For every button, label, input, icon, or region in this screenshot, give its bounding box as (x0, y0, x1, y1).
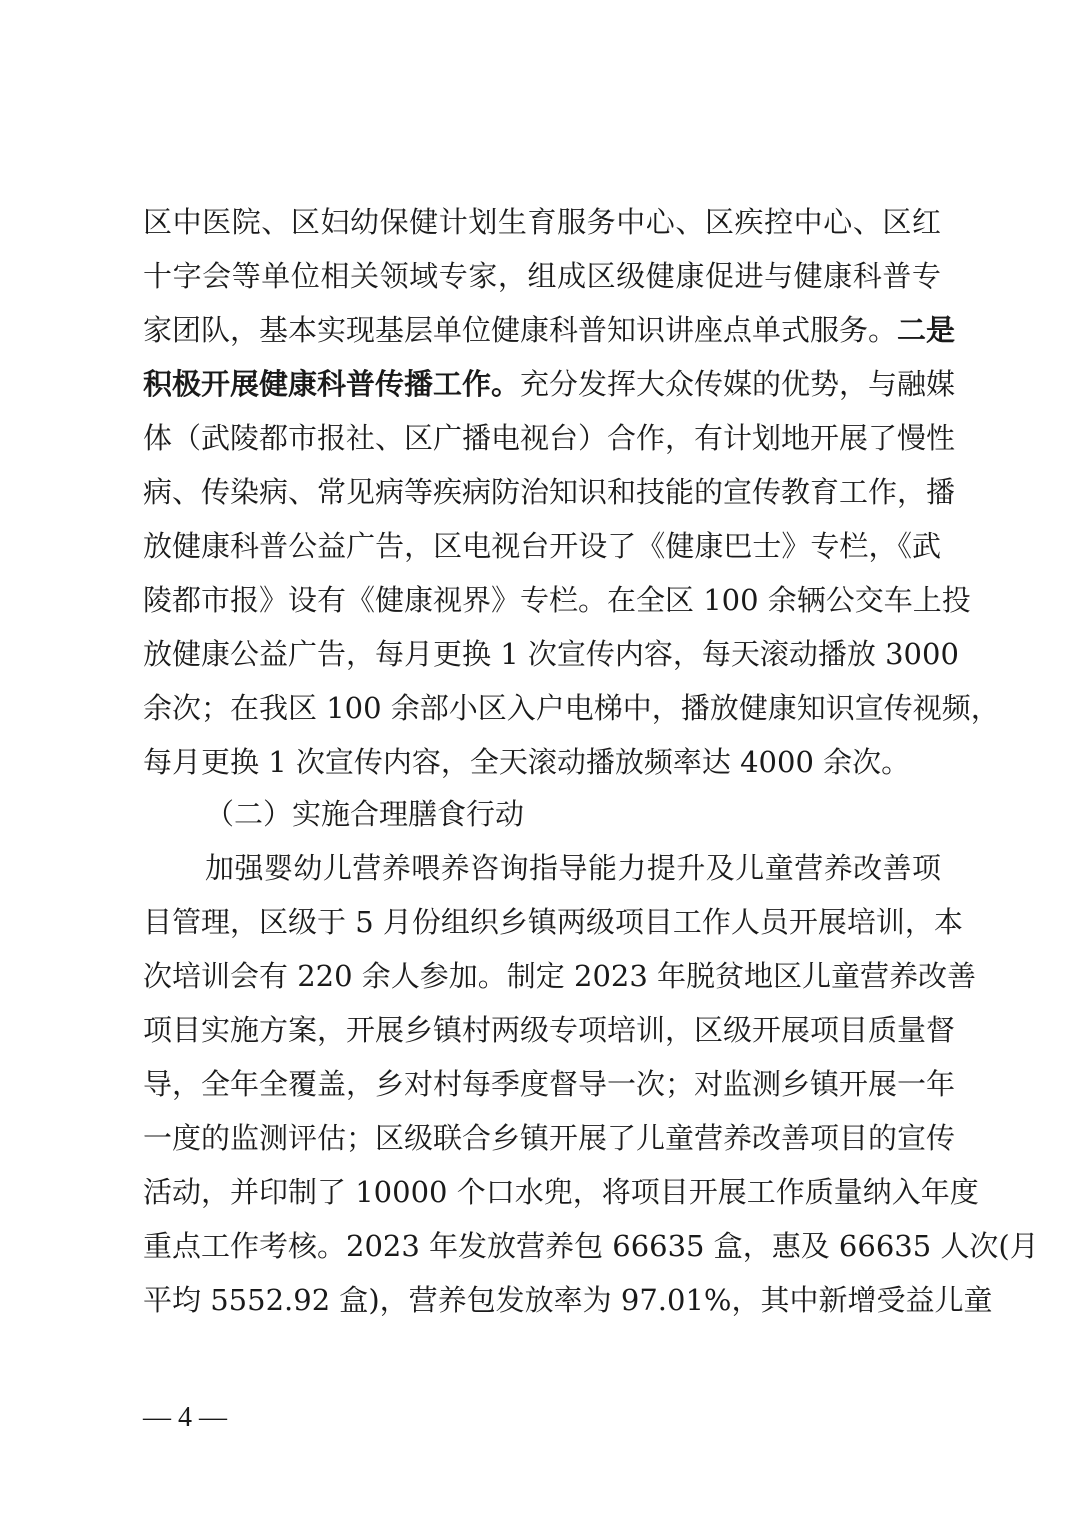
text-line: 积极开展健康科普传播工作。充分发挥大众传媒的优势，与融媒 (143, 364, 941, 404)
text-line: 目管理，区级于 5 月份组织乡镇两级项目工作人员开展培训，本 (143, 902, 941, 942)
text-line: 病、传染病、常见病等疾病防治知识和技能的宣传教育工作，播 (143, 472, 941, 512)
text-line: 放健康公益广告，每月更换 1 次宣传内容，每天滚动播放 3000 (143, 634, 941, 674)
text-line: 次培训会有 220 余人参加。制定 2023 年脱贫地区儿童营养改善 (143, 956, 941, 996)
text-line: 放健康科普公益广告，区电视台开设了《健康巴士》专栏，《武 (143, 526, 941, 566)
text-segment: 充分发挥大众传媒的优势，与融媒 (520, 367, 955, 401)
document-page: 区中医院、区妇幼保健计划生育服务中心、区疾控中心、区红 十字会等单位相关领域专家… (0, 0, 1074, 1520)
text-line: 项目实施方案，开展乡镇村两级专项培训，区级开展项目质量督 (143, 1010, 941, 1050)
text-line: 家团队，基本实现基层单位健康科普知识讲座点单式服务。二是 (143, 310, 941, 350)
text-segment: 家团队，基本实现基层单位健康科普知识讲座点单式服务。 (143, 313, 897, 347)
section-heading: （二）实施合理膳食行动 (205, 794, 524, 834)
text-line: 重点工作考核。2023 年发放营养包 66635 盒，惠及 66635 人次(月 (143, 1226, 941, 1266)
text-line: 每月更换 1 次宣传内容，全天滚动播放频率达 4000 余次。 (143, 742, 941, 782)
text-line: 导，全年全覆盖，乡对村每季度督导一次；对监测乡镇开展一年 (143, 1064, 941, 1104)
text-line: 活动，并印制了 10000 个口水兜，将项目开展工作质量纳入年度 (143, 1172, 941, 1212)
text-line: 十字会等单位相关领域专家，组成区级健康促进与健康科普专 (143, 256, 941, 296)
page-number: — 4 — (143, 1400, 227, 1436)
text-line: 区中医院、区妇幼保健计划生育服务中心、区疾控中心、区红 (143, 202, 941, 242)
text-line: 陵都市报》设有《健康视界》专栏。在全区 100 余辆公交车上投 (143, 580, 941, 620)
bold-lead: 二是 (897, 313, 955, 347)
bold-lead: 积极开展健康科普传播工作。 (143, 367, 520, 401)
text-line: 一度的监测评估；区级联合乡镇开展了儿童营养改善项目的宣传 (143, 1118, 941, 1158)
text-line: 平均 5552.92 盒)，营养包发放率为 97.01%，其中新增受益儿童 (143, 1280, 941, 1320)
text-line: 余次；在我区 100 余部小区入户电梯中，播放健康知识宣传视频， (143, 688, 941, 728)
text-line: 加强婴幼儿营养喂养咨询指导能力提升及儿童营养改善项 (205, 848, 941, 888)
text-line: 体（武陵都市报社、区广播电视台）合作，有计划地开展了慢性 (143, 418, 941, 458)
